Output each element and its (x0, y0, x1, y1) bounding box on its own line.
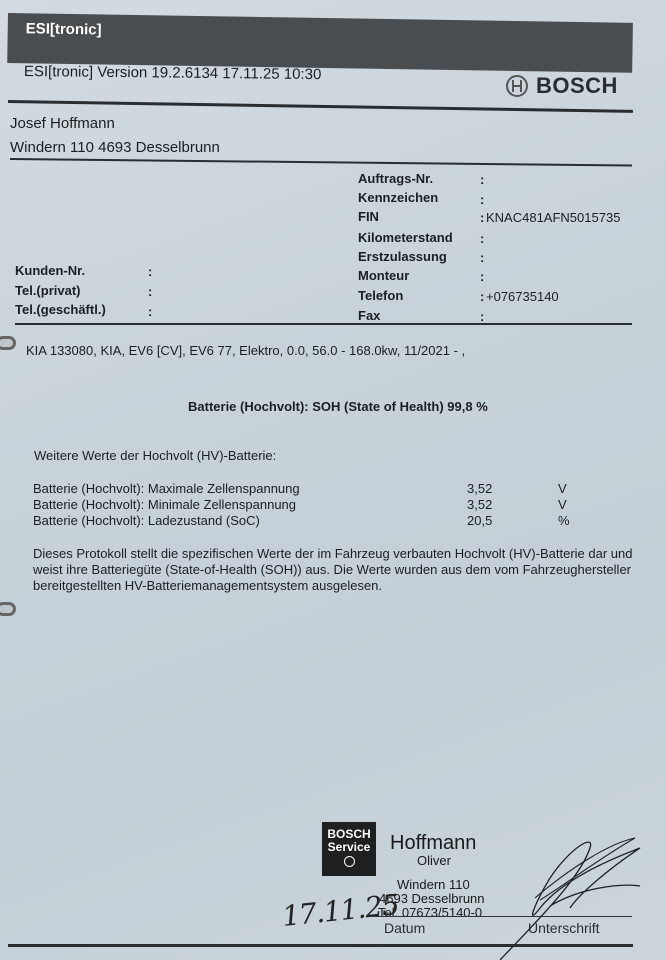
protocol-description: Dieses Protokoll stellt die spezifischen… (33, 546, 643, 594)
field-colon: : (480, 210, 484, 225)
customer-address: Windern 110 4693 Desselbrunn (10, 139, 220, 156)
value-label: Batterie (Hochvolt): Maximale Zellenspan… (33, 481, 300, 496)
field-colon: : (480, 309, 484, 324)
stamp-logo-service: Service (322, 841, 376, 854)
handwritten-date: 17.11.25 (281, 888, 400, 933)
field-colon: : (480, 269, 484, 284)
date-label: Datum (384, 920, 425, 936)
binder-ring (0, 602, 16, 616)
app-title: ESI[tronic] (26, 20, 102, 38)
field-label: Telefon (358, 288, 403, 303)
version-line: ESI[tronic] Version 19.2.6134 17.11.25 1… (24, 63, 322, 83)
document-page: ESI[tronic] ESI[tronic] Version 19.2.613… (0, 0, 666, 960)
customer-name: Josef Hoffmann (10, 115, 115, 132)
field-label: Monteur (358, 268, 409, 283)
field-label: Tel.(privat) (15, 283, 81, 298)
bosch-service-logo: BOSCH Service (322, 822, 376, 876)
more-values-title: Weitere Werte der Hochvolt (HV)-Batterie… (34, 448, 276, 463)
divider (10, 158, 632, 167)
brand-name: BOSCH (536, 73, 618, 99)
field-label: Auftrags-Nr. (358, 171, 433, 186)
value-number: 3,52 (467, 497, 492, 512)
field-colon: : (148, 304, 152, 319)
divider (8, 100, 633, 113)
field-colon: : (480, 250, 484, 265)
divider (15, 323, 632, 325)
field-label: Erstzulassung (358, 249, 447, 264)
field-label: Kilometerstand (358, 230, 453, 245)
value-label: Batterie (Hochvolt): Minimale Zellenspan… (33, 497, 296, 512)
field-label: Kennzeichen (358, 190, 438, 205)
field-colon: : (480, 289, 484, 304)
phone-value: +076735140 (486, 289, 559, 304)
field-colon: : (480, 231, 484, 246)
value-number: 3,52 (467, 481, 492, 496)
bosch-armature-icon (344, 856, 355, 867)
bosch-armature-icon (506, 75, 528, 97)
field-colon: : (148, 264, 152, 279)
value-unit: V (558, 481, 567, 496)
field-label: FIN (358, 209, 379, 224)
fin-value: KNAC481AFN5015735 (486, 210, 620, 225)
soh-headline: Batterie (Hochvolt): SOH (State of Healt… (188, 399, 488, 414)
field-colon: : (148, 284, 152, 299)
brand: BOSCH (506, 73, 618, 99)
field-colon: : (480, 172, 484, 187)
field-label: Kunden-Nr. (15, 263, 85, 278)
handwritten-signature (440, 828, 660, 960)
field-label: Tel.(geschäftl.) (15, 302, 106, 317)
binder-ring (0, 336, 16, 350)
field-label: Fax (358, 308, 380, 323)
value-number: 20,5 (467, 513, 492, 528)
value-unit: V (558, 497, 567, 512)
divider (8, 944, 633, 947)
value-unit: % (558, 513, 570, 528)
value-label: Batterie (Hochvolt): Ladezustand (SoC) (33, 513, 260, 528)
vehicle-description: KIA 133080, KIA, EV6 [CV], EV6 77, Elekt… (26, 343, 465, 358)
field-colon: : (480, 192, 484, 207)
